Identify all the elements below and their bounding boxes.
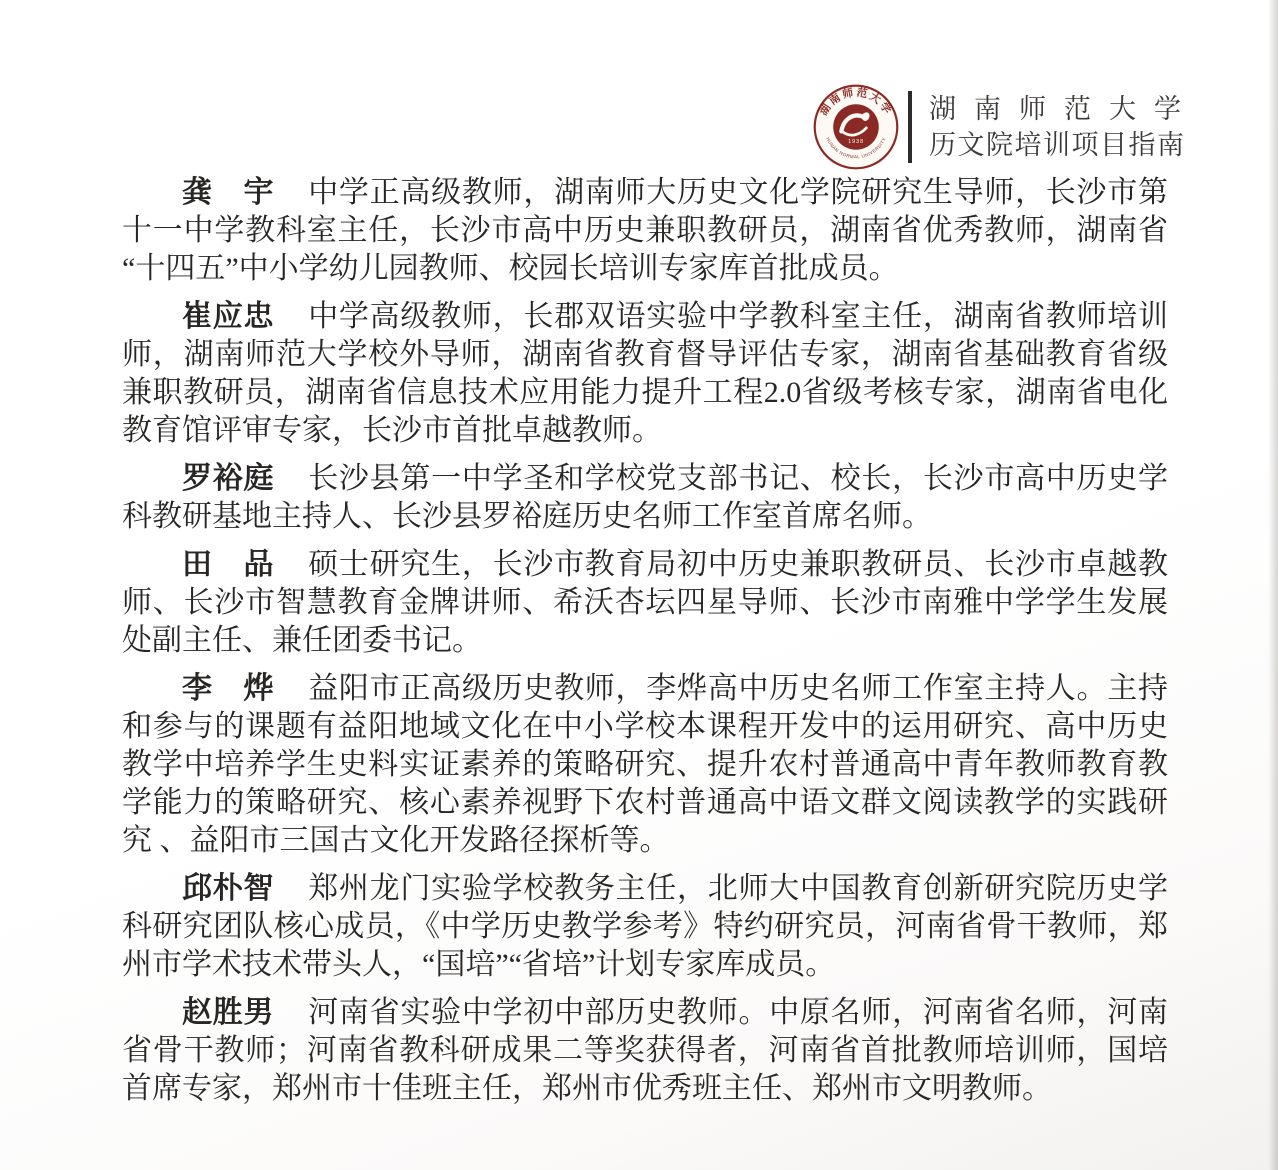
page-header: 湖南师范大学 HUNAN NORMAL UNIVERSITY 1938 湖南师范… bbox=[813, 84, 1186, 170]
person-name: 邱朴智 bbox=[182, 872, 274, 905]
bio-paragraph: 罗裕庭长沙县第一中学圣和学校党支部书记、校长，长沙市高中历史学科教研基地主持人、… bbox=[122, 460, 1168, 536]
person-name: 龚 宇 bbox=[182, 176, 274, 209]
person-bio: 中学高级教师，长郡双语实验中学教科室主任，湖南省教师培训师，湖南师范大学校外导师… bbox=[122, 300, 1168, 447]
person-name: 李 烨 bbox=[182, 672, 274, 705]
bio-paragraph: 龚 宇中学正高级教师，湖南师大历史文化学院研究生导师，长沙市第十一中学教科室主任… bbox=[122, 174, 1168, 288]
person-name: 崔应忠 bbox=[182, 300, 274, 333]
header-divider bbox=[908, 91, 912, 163]
person-name: 田 品 bbox=[182, 548, 274, 581]
bio-paragraph: 田 品硕士研究生，长沙市教育局初中历史兼职教研员、长沙市卓越教师、长沙市智慧教育… bbox=[122, 546, 1168, 660]
bio-paragraph: 邱朴智郑州龙门实验学校教务主任，北师大中国教育创新研究院历史学科研究团队核心成员… bbox=[122, 870, 1168, 984]
person-bio: 河南省实验中学初中部历史教师。中原名师，河南省名师，河南省骨干教师；河南省教科研… bbox=[122, 996, 1168, 1105]
person-bio: 长沙县第一中学圣和学校党支部书记、校长，长沙市高中历史学科教研基地主持人、长沙县… bbox=[122, 462, 1168, 533]
header-text-block: 湖南师范大学 历文院培训项目指南 bbox=[929, 91, 1186, 163]
bio-paragraph: 崔应忠中学高级教师，长郡双语实验中学教科室主任，湖南省教师培训师，湖南师范大学校… bbox=[122, 298, 1168, 450]
university-seal-logo: 湖南师范大学 HUNAN NORMAL UNIVERSITY 1938 bbox=[813, 84, 899, 170]
person-name: 赵胜男 bbox=[182, 996, 274, 1029]
seal-icon: 湖南师范大学 HUNAN NORMAL UNIVERSITY 1938 bbox=[813, 84, 899, 170]
scan-edge-shadow bbox=[1268, 0, 1278, 1170]
bio-paragraph: 赵胜男河南省实验中学初中部历史教师。中原名师，河南省名师，河南省骨干教师；河南省… bbox=[122, 994, 1168, 1108]
document-body: 龚 宇中学正高级教师，湖南师大历史文化学院研究生导师，长沙市第十一中学教科室主任… bbox=[122, 174, 1168, 1108]
person-bio: 中学正高级教师，湖南师大历史文化学院研究生导师，长沙市第十一中学教科室主任，长沙… bbox=[122, 176, 1168, 285]
bio-paragraph: 李 烨益阳市正高级历史教师，李烨高中历史名师工作室主持人。主持和参与的课题有益阳… bbox=[122, 670, 1168, 860]
person-bio: 郑州龙门实验学校教务主任，北师大中国教育创新研究院历史学科研究团队核心成员，《中… bbox=[122, 872, 1168, 981]
header-subtitle: 历文院培训项目指南 bbox=[929, 127, 1186, 163]
seal-year: 1938 bbox=[848, 139, 864, 145]
university-name: 湖南师范大学 bbox=[929, 91, 1204, 127]
person-bio: 益阳市正高级历史教师，李烨高中历史名师工作室主持人。主持和参与的课题有益阳地域文… bbox=[122, 672, 1168, 857]
person-bio: 硕士研究生，长沙市教育局初中历史兼职教研员、长沙市卓越教师、长沙市智慧教育金牌讲… bbox=[122, 548, 1168, 657]
document-page: 湖南师范大学 HUNAN NORMAL UNIVERSITY 1938 湖南师范… bbox=[0, 0, 1278, 1170]
person-name: 罗裕庭 bbox=[182, 462, 274, 495]
